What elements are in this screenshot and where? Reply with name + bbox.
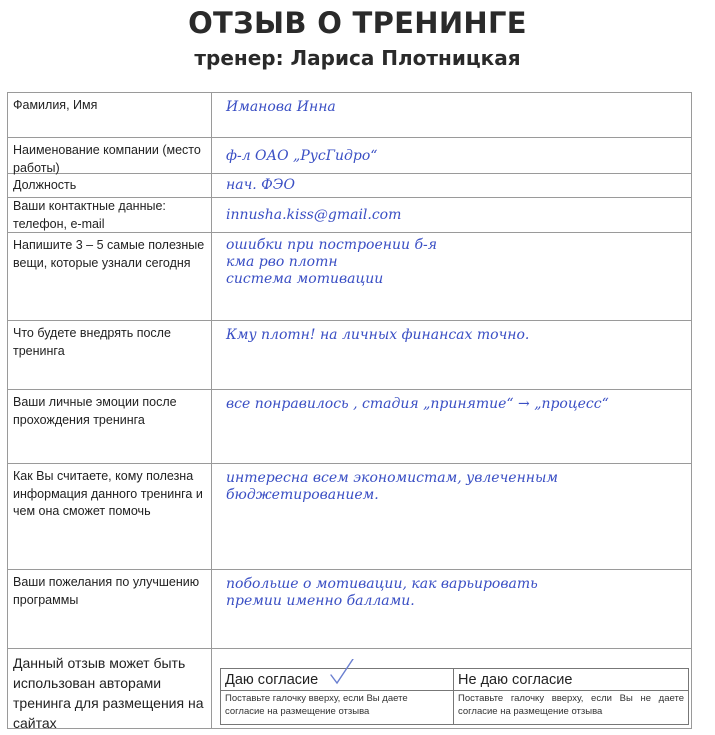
row-full-name: Фамилия, Имя Иманова Инна (8, 93, 691, 138)
page-title: ОТЗЫВ О ТРЕНИНГЕ (0, 6, 715, 40)
field-value-line: премии именно баллами. (226, 593, 677, 610)
field-value-line: система мотивации (226, 271, 677, 288)
label-position: Должность (8, 174, 212, 197)
field-value-line: все понравилось , стадия „принятие“ → „п… (226, 396, 677, 413)
consent-disagree-option[interactable]: Не даю согласие Поставьте галочку вверху… (454, 669, 688, 724)
consent-disagree-label: Не даю согласие (458, 672, 572, 688)
field-implement[interactable]: Кму плотн! на личных финансах точно. (212, 321, 691, 389)
feedback-table: Фамилия, Имя Иманова Инна Наименование к… (7, 92, 692, 729)
field-full-name[interactable]: Иманова Инна (212, 93, 691, 137)
label-emotions: Ваши личные эмоции после прохождения тре… (8, 390, 212, 463)
consent-agree-note: Поставьте галочку вверху, если Вы даете … (221, 691, 453, 719)
row-useful-things: Напишите 3 – 5 самые полезные вещи, кото… (8, 233, 691, 321)
row-who-benefits: Как Вы считаете, кому полезна информация… (8, 464, 691, 570)
row-position: Должность нач. ФЭО (8, 174, 691, 198)
field-value-line: ошибки при построении б-я (226, 237, 677, 254)
row-implement: Что будете внедрять после тренинга Кму п… (8, 321, 691, 390)
label-company: Наименование компании (место работы) (8, 138, 212, 173)
field-useful-things[interactable]: ошибки при построении б-я кма рво плотн … (212, 233, 691, 320)
field-value-line: бюджетированием. (226, 487, 677, 504)
field-suggestions[interactable]: побольше о мотивации, как варьировать пр… (212, 570, 691, 648)
consent-agree-label: Даю согласие (225, 672, 318, 688)
consent-table: Даю согласие Поставьте галочку вверху, е… (220, 668, 689, 725)
field-value-line: кма рво плотн (226, 254, 677, 271)
field-contacts[interactable]: innusha.kiss@gmail.com (212, 198, 691, 232)
label-who-benefits: Как Вы считаете, кому полезна информация… (8, 464, 212, 569)
field-value-line: innusha.kiss@gmail.com (226, 207, 677, 224)
label-consent: Данный отзыв может быть использован авто… (8, 649, 212, 729)
field-value-line: побольше о мотивации, как варьировать (226, 576, 677, 593)
consent-agree-option[interactable]: Даю согласие Поставьте галочку вверху, е… (221, 669, 454, 724)
field-value-line: Кму плотн! на личных финансах точно. (226, 327, 677, 344)
field-value-line: нач. ФЭО (226, 177, 677, 194)
label-suggestions: Ваши пожелания по улучшению программы (8, 570, 212, 648)
label-implement: Что будете внедрять после тренинга (8, 321, 212, 389)
consent-disagree-note: Поставьте галочку вверху, если Вы не дае… (454, 691, 688, 719)
field-position[interactable]: нач. ФЭО (212, 174, 691, 197)
checkmark-icon (329, 659, 355, 685)
field-value-line: ф-л ОАО „РусГидро“ (226, 148, 677, 165)
label-useful-things: Напишите 3 – 5 самые полезные вещи, кото… (8, 233, 212, 320)
field-emotions[interactable]: все понравилось , стадия „принятие“ → „п… (212, 390, 691, 463)
row-suggestions: Ваши пожелания по улучшению программы по… (8, 570, 691, 649)
trainer-subtitle: тренер: Лариса Плотницкая (0, 46, 715, 70)
field-who-benefits[interactable]: интересна всем экономистам, увлеченным б… (212, 464, 691, 569)
label-full-name: Фамилия, Имя (8, 93, 212, 137)
field-company[interactable]: ф-л ОАО „РусГидро“ (212, 138, 691, 173)
field-value-line: интересна всем экономистам, увлеченным (226, 470, 677, 487)
row-emotions: Ваши личные эмоции после прохождения тре… (8, 390, 691, 464)
label-contacts: Ваши контактные данные: телефон, e-mail (8, 198, 212, 232)
row-contacts: Ваши контактные данные: телефон, e-mail … (8, 198, 691, 233)
field-value-line: Иманова Инна (226, 99, 677, 116)
row-consent: Данный отзыв может быть использован авто… (8, 649, 691, 729)
row-company: Наименование компании (место работы) ф-л… (8, 138, 691, 174)
